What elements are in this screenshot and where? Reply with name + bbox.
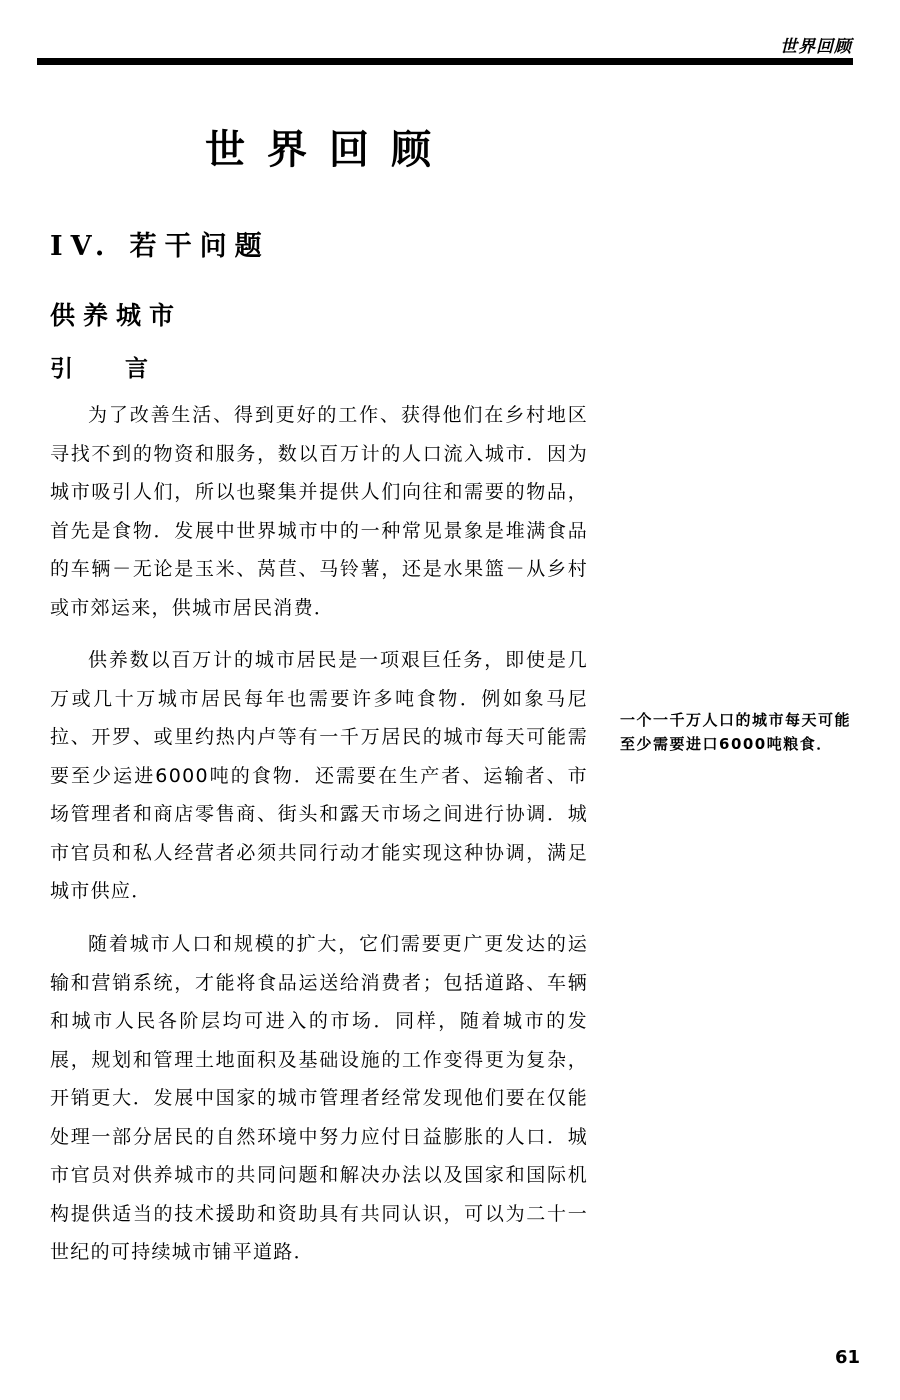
body-paragraph: 随着城市人口和规模的扩大，它们需要更广更发达的运输和营销系统，才能将食品运送给消… <box>50 925 588 1272</box>
subsection-heading: 供养城市 <box>50 296 182 332</box>
page-number: 61 <box>835 1347 860 1368</box>
margin-sidenote: 一个一千万人口的城市每天可能至少需要进口6000吨粮食． <box>620 708 852 756</box>
section-heading: IV. 若干问题 <box>50 224 270 263</box>
body-paragraph: 为了改善生活、得到更好的工作、获得他们在乡村地区寻找不到的物资和服务，数以百万计… <box>50 396 588 627</box>
body-paragraph-2-container: 供养数以百万计的城市居民是一项艰巨任务，即使是几万或几十万城市居民每年也需要许多… <box>50 641 588 911</box>
running-header-title: 世界回顾 <box>780 32 852 57</box>
header-rule-divider <box>37 58 853 65</box>
body-paragraph-3-container: 随着城市人口和规模的扩大，它们需要更广更发达的运输和营销系统，才能将食品运送给消… <box>50 925 588 1272</box>
intro-heading: 引 言 <box>50 350 170 383</box>
body-paragraph: 供养数以百万计的城市居民是一项艰巨任务，即使是几万或几十万城市居民每年也需要许多… <box>50 641 588 911</box>
page-title: 世界回顾 <box>205 118 453 175</box>
body-paragraph-1-container: 为了改善生活、得到更好的工作、获得他们在乡村地区寻找不到的物资和服务，数以百万计… <box>50 396 588 627</box>
